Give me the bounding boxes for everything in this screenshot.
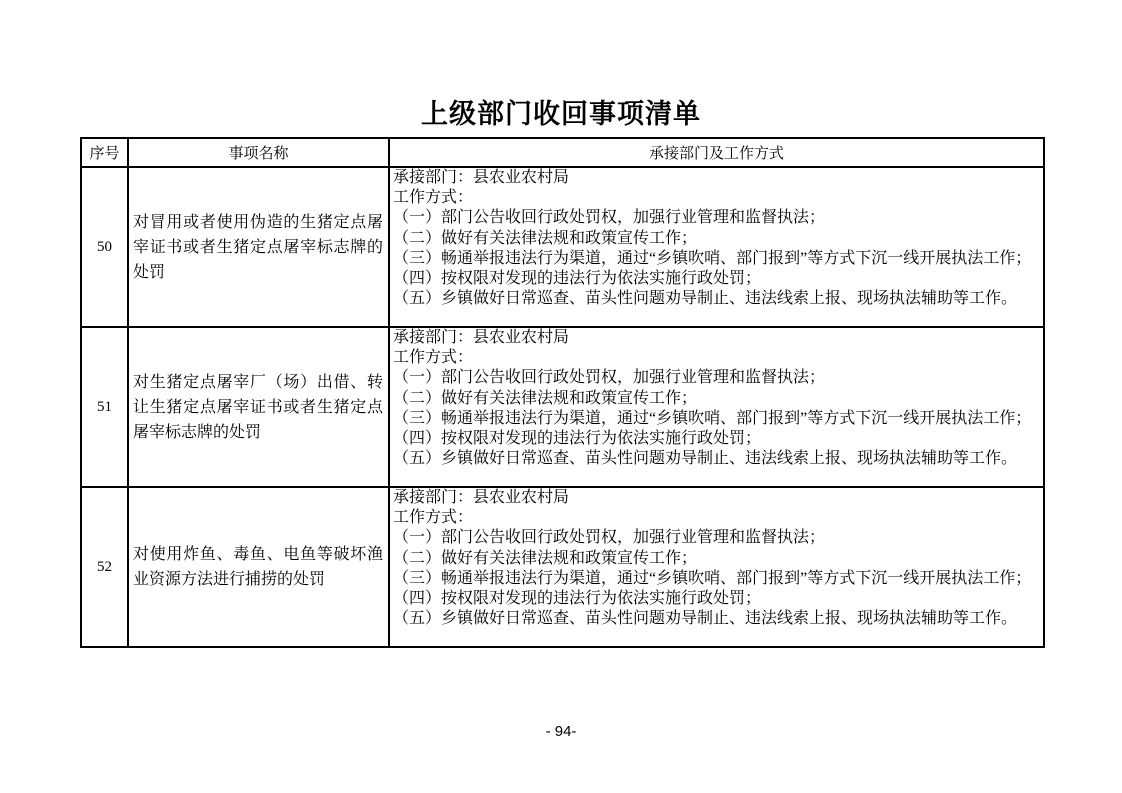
document-page: 上级部门收回事项清单 序号 事项名称 承接部门及工作方式 50 对冒用或者使用伪… xyxy=(0,0,1122,793)
work-method-item: （一）部门公告收回行政处罚权，加强行业管理和监督执法； xyxy=(393,208,1040,228)
row-number: 50 xyxy=(81,167,128,327)
work-method-label: 工作方式： xyxy=(393,508,1040,528)
work-method-item: （四）按权限对发现的违法行为依法实施行政处罚； xyxy=(393,429,1040,449)
department-line: 承接部门：县农业农村局 xyxy=(393,168,1040,188)
work-method-item: （二）做好有关法律法规和政策宣传工作； xyxy=(393,549,1040,569)
department-method-cell: 承接部门：县农业农村局 工作方式： （一）部门公告收回行政处罚权，加强行业管理和… xyxy=(389,487,1044,647)
work-method-item: （一）部门公告收回行政处罚权，加强行业管理和监督执法； xyxy=(393,528,1040,548)
items-table: 序号 事项名称 承接部门及工作方式 50 对冒用或者使用伪造的生猪定点屠宰证书或… xyxy=(80,137,1045,648)
department-line: 承接部门：县农业农村局 xyxy=(393,488,1040,508)
work-method-label: 工作方式： xyxy=(393,188,1040,208)
page-title: 上级部门收回事项清单 xyxy=(0,92,1122,131)
work-method-item: （五）乡镇做好日常巡查、苗头性问题劝导制止、违法线索上报、现场执法辅助等工作。 xyxy=(393,609,1040,629)
table-row: 51 对生猪定点屠宰厂（场）出借、转让生猪定点屠宰证书或者生猪定点屠宰标志牌的处… xyxy=(81,327,1044,487)
work-method-label: 工作方式： xyxy=(393,348,1040,368)
work-method-item: （四）按权限对发现的违法行为依法实施行政处罚； xyxy=(393,589,1040,609)
col-header-item-name: 事项名称 xyxy=(128,138,389,167)
department-method-cell: 承接部门：县农业农村局 工作方式： （一）部门公告收回行政处罚权，加强行业管理和… xyxy=(389,167,1044,327)
item-name: 对冒用或者使用伪造的生猪定点屠宰证书或者生猪定点屠宰标志牌的处罚 xyxy=(128,167,389,327)
work-method-item: （四）按权限对发现的违法行为依法实施行政处罚； xyxy=(393,269,1040,289)
row-number: 52 xyxy=(81,487,128,647)
table-row: 52 对使用炸鱼、毒鱼、电鱼等破坏渔业资源方法进行捕捞的处罚 承接部门：县农业农… xyxy=(81,487,1044,647)
table-row: 50 对冒用或者使用伪造的生猪定点屠宰证书或者生猪定点屠宰标志牌的处罚 承接部门… xyxy=(81,167,1044,327)
work-method-item: （三）畅通举报违法行为渠道，通过“乡镇吹哨、部门报到”等方式下沉一线开展执法工作… xyxy=(393,569,1040,589)
row-number: 51 xyxy=(81,327,128,487)
item-name: 对使用炸鱼、毒鱼、电鱼等破坏渔业资源方法进行捕捞的处罚 xyxy=(128,487,389,647)
department-method-cell: 承接部门：县农业农村局 工作方式： （一）部门公告收回行政处罚权，加强行业管理和… xyxy=(389,327,1044,487)
work-method-item: （三）畅通举报违法行为渠道，通过“乡镇吹哨、部门报到”等方式下沉一线开展执法工作… xyxy=(393,249,1040,269)
work-method-item: （二）做好有关法律法规和政策宣传工作； xyxy=(393,389,1040,409)
item-name: 对生猪定点屠宰厂（场）出借、转让生猪定点屠宰证书或者生猪定点屠宰标志牌的处罚 xyxy=(128,327,389,487)
page-number: - 94- xyxy=(0,723,1122,740)
work-method-item: （二）做好有关法律法规和政策宣传工作； xyxy=(393,229,1040,249)
work-method-item: （一）部门公告收回行政处罚权，加强行业管理和监督执法； xyxy=(393,368,1040,388)
col-header-number: 序号 xyxy=(81,138,128,167)
table-header-row: 序号 事项名称 承接部门及工作方式 xyxy=(81,138,1044,167)
col-header-department-method: 承接部门及工作方式 xyxy=(389,138,1044,167)
work-method-item: （五）乡镇做好日常巡查、苗头性问题劝导制止、违法线索上报、现场执法辅助等工作。 xyxy=(393,289,1040,309)
department-line: 承接部门：县农业农村局 xyxy=(393,328,1040,348)
work-method-item: （三）畅通举报违法行为渠道，通过“乡镇吹哨、部门报到”等方式下沉一线开展执法工作… xyxy=(393,409,1040,429)
work-method-item: （五）乡镇做好日常巡查、苗头性问题劝导制止、违法线索上报、现场执法辅助等工作。 xyxy=(393,449,1040,469)
